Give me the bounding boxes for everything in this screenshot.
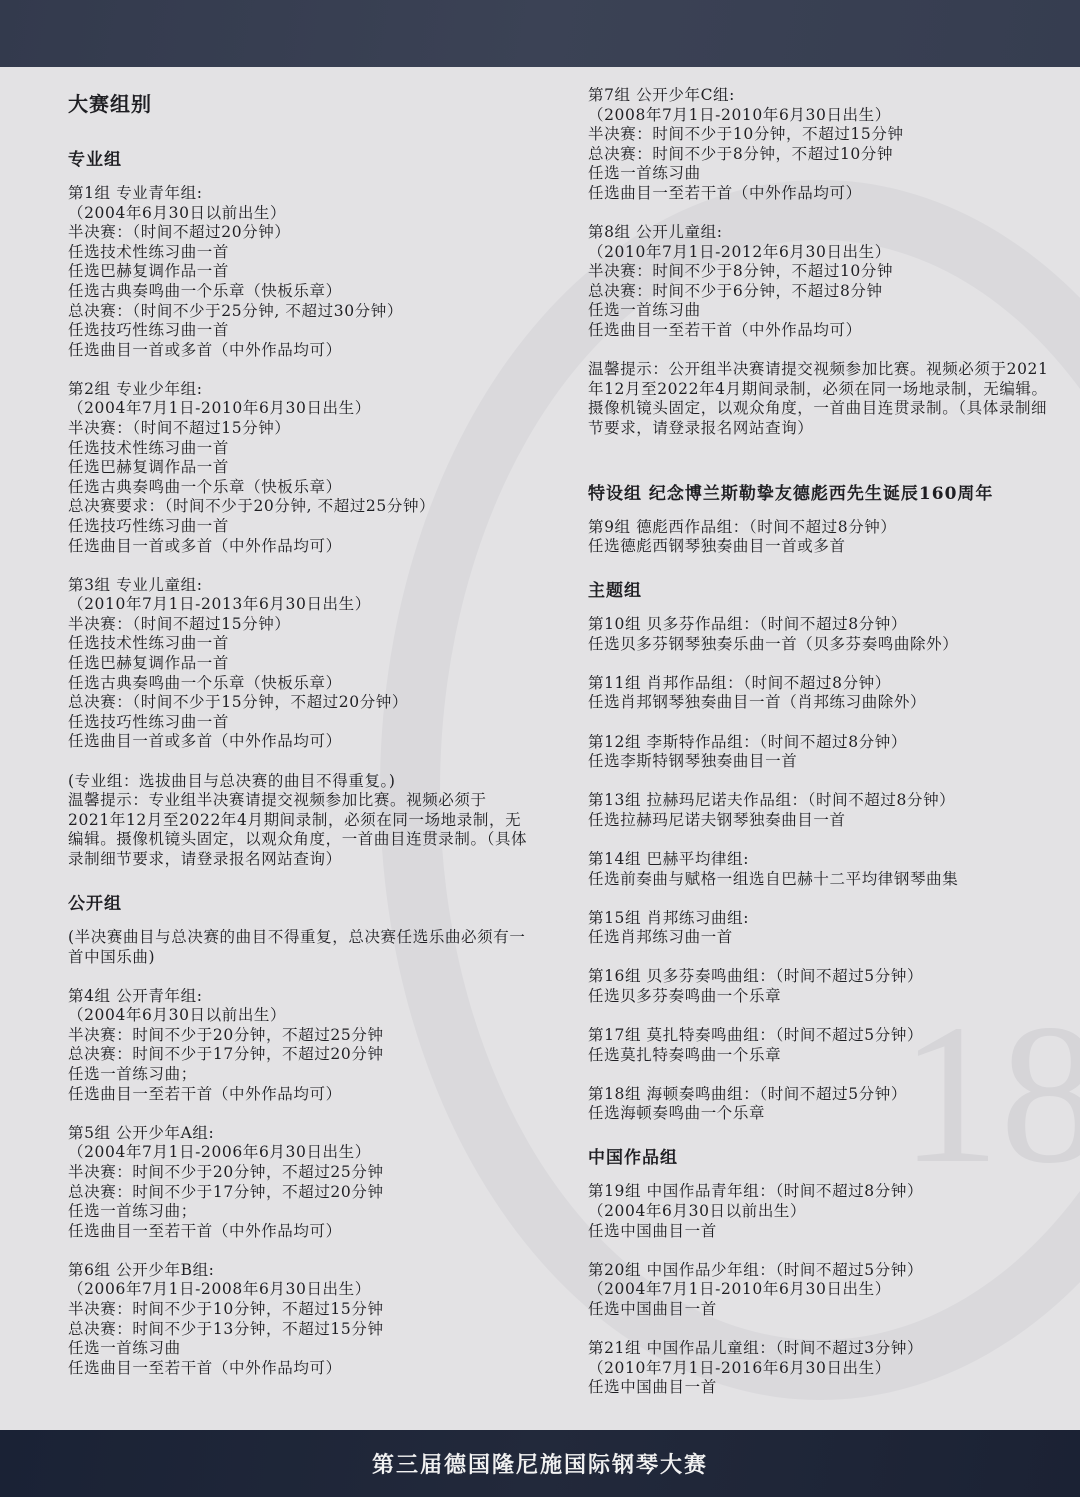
group-title: 第12组 李斯特作品组：（时间不超过8分钟） [588,733,1058,753]
group-detail-line: 半决赛：（时间不超过20分钟） [68,223,528,243]
group-detail-line: 任选曲目一首或多首（中外作品均可） [68,537,528,557]
group-detail-line: 任选曲目一至若干首（中外作品均可） [588,321,1058,341]
group-detail-line: 总决赛要求：（时间不少于20分钟, 不超过25分钟） [68,497,528,517]
page-title: 大赛组别 [68,88,528,117]
group-detail-line: 半决赛：时间不少于20分钟，不超过25分钟 [68,1026,528,1046]
group-11: 第11组 肖邦作品组：（时间不超过8分钟）任选肖邦钢琴独奏曲目一首（肖邦练习曲除… [588,674,1058,713]
group-detail-line: 任选曲目一至若干首（中外作品均可） [588,184,1058,204]
group-detail-line: 任选海顿奏鸣曲一个乐章 [588,1104,1058,1124]
group-detail-line: 任选肖邦钢琴独奏曲目一首（肖邦练习曲除外） [588,693,1058,713]
header-band [0,0,1080,67]
group-detail-line: 任选前奏曲与赋格一组选自巴赫十二平均律钢琴曲集 [588,870,1058,890]
group-15: 第15组 肖邦练习曲组:任选肖邦练习曲一首 [588,909,1058,948]
group-detail-line: 总决赛：时间不少于13分钟，不超过15分钟 [68,1320,528,1340]
group-8: 第8组 公开儿童组:（2010年7月1日-2012年6月30日出生）半决赛：时间… [588,223,1058,341]
group-title: 第16组 贝多芬奏鸣曲组：（时间不超过5分钟） [588,967,1058,987]
group-detail-line: （2004年6月30日以前出生） [68,204,528,224]
group-6: 第6组 公开少年B组:（2006年7月1日-2008年6月30日出生）半决赛：时… [68,1261,528,1379]
group-detail-line: 任选贝多芬钢琴独奏乐曲一首（贝多芬奏鸣曲除外） [588,635,1058,655]
group-detail-line: 任选古典奏鸣曲一个乐章（快板乐章） [68,282,528,302]
group-5: 第5组 公开少年A组:（2004年7月1日-2006年6月30日出生）半决赛：时… [68,1124,528,1242]
group-detail-line: （2008年7月1日-2010年6月30日出生） [588,106,1058,126]
group-title: 第11组 肖邦作品组：（时间不超过8分钟） [588,674,1058,694]
group-detail-line: 任选技巧性练习曲一首 [68,321,528,341]
group-detail-line: 总决赛：时间不少于17分钟，不超过20分钟 [68,1183,528,1203]
group-4: 第4组 公开青年组:（2004年6月30日以前出生）半决赛：时间不少于20分钟，… [68,987,528,1105]
group-detail-line: （2006年7月1日-2008年6月30日出生） [68,1280,528,1300]
group-detail-line: 总决赛：时间不少于6分钟，不超过8分钟 [588,282,1058,302]
group-3: 第3组 专业儿童组:（2010年7月1日-2013年6月30日出生）半决赛：（时… [68,576,528,752]
group-detail-line: 任选曲目一首或多首（中外作品均可） [68,341,528,361]
group-detail-line: 总决赛：时间不少于17分钟，不超过20分钟 [68,1045,528,1065]
group-detail-line: 任选巴赫复调作品一首 [68,458,528,478]
group-detail-line: 总决赛：时间不少于8分钟，不超过10分钟 [588,145,1058,165]
group-title: 第1组 专业青年组: [68,184,528,204]
group-title: 第4组 公开青年组: [68,987,528,1007]
section-heading-theme: 主题组 [588,576,1058,601]
group-17: 第17组 莫扎特奏鸣曲组：（时间不超过5分钟）任选莫扎特奏鸣曲一个乐章 [588,1026,1058,1065]
group-title: 第8组 公开儿童组: [588,223,1058,243]
open-video-tip: 温馨提示：公开组半决赛请提交视频参加比赛。视频必须于2021年12月至2022年… [588,360,1058,438]
group-title: 第5组 公开少年A组: [68,1124,528,1144]
footer-band: 第三届德国隆尼施国际钢琴大赛 [0,1430,1080,1497]
group-detail-line: 任选曲目一首或多首（中外作品均可） [68,732,528,752]
group-detail-line: 半决赛：时间不少于20分钟，不超过25分钟 [68,1163,528,1183]
professional-video-tip: 温馨提示：专业组半决赛请提交视频参加比赛。视频必须于2021年12月至2022年… [68,791,528,869]
professional-notes: (专业组：选拔曲目与总决赛的曲目不得重复。) 温馨提示：专业组半决赛请提交视频参… [68,772,528,870]
group-detail-line: 任选拉赫玛尼诺夫钢琴独奏曲目一首 [588,811,1058,831]
group-detail-line: 任选一首练习曲 [68,1339,528,1359]
group-detail-line: 半决赛：（时间不超过15分钟） [68,419,528,439]
group-title: 第20组 中国作品少年组：（时间不超过5分钟） [588,1261,1058,1281]
group-detail-line: 任选古典奏鸣曲一个乐章（快板乐章） [68,478,528,498]
group-10: 第10组 贝多芬作品组：（时间不超过8分钟）任选贝多芬钢琴独奏乐曲一首（贝多芬奏… [588,615,1058,654]
group-title: 第10组 贝多芬作品组：（时间不超过8分钟） [588,615,1058,635]
group-title: 第2组 专业少年组: [68,380,528,400]
group-detail-line: （2010年7月1日-2016年6月30日出生） [588,1359,1058,1379]
group-title: 第18组 海顿奏鸣曲组：（时间不超过5分钟） [588,1085,1058,1105]
group-detail-line: （2010年7月1日-2012年6月30日出生） [588,243,1058,263]
group-title: 第17组 莫扎特奏鸣曲组：（时间不超过5分钟） [588,1026,1058,1046]
group-detail-line: 任选李斯特钢琴独奏曲目一首 [588,752,1058,772]
section-heading-open: 公开组 [68,889,528,914]
group-detail-line: 任选德彪西钢琴独奏曲目一首或多首 [588,537,1058,557]
group-20: 第20组 中国作品少年组：（时间不超过5分钟）（2004年7月1日-2010年6… [588,1261,1058,1320]
competition-name: 第三届德国隆尼施国际钢琴大赛 [372,1448,708,1479]
group-21: 第21组 中国作品儿童组：（时间不超过3分钟）（2010年7月1日-2016年6… [588,1339,1058,1398]
group-detail-line: 任选一首练习曲； [68,1065,528,1085]
group-detail-line: 半决赛：时间不少于10分钟，不超过15分钟 [588,125,1058,145]
group-title: 第21组 中国作品儿童组：（时间不超过3分钟） [588,1339,1058,1359]
group-detail-line: （2004年7月1日-2010年6月30日出生） [68,399,528,419]
group-detail-line: （2004年6月30日以前出生） [68,1006,528,1026]
group-detail-line: 任选中国曲目一首 [588,1222,1058,1242]
group-detail-line: 任选技巧性练习曲一首 [68,517,528,537]
group-detail-line: （2004年6月30日以前出生） [588,1202,1058,1222]
group-detail-line: 任选曲目一至若干首（中外作品均可） [68,1085,528,1105]
group-detail-line: 任选中国曲目一首 [588,1300,1058,1320]
group-detail-line: 任选肖邦练习曲一首 [588,928,1058,948]
group-detail-line: 总决赛：（时间不少于25分钟, 不超过30分钟） [68,302,528,322]
section-heading-professional: 专业组 [68,145,528,170]
group-detail-line: 任选一首练习曲 [588,301,1058,321]
group-detail-line: 半决赛：（时间不超过15分钟） [68,615,528,635]
group-detail-line: （2004年7月1日-2006年6月30日出生） [68,1143,528,1163]
group-detail-line: 任选曲目一至若干首（中外作品均可） [68,1359,528,1379]
group-detail-line: 任选巴赫复调作品一首 [68,262,528,282]
group-detail-line: 总决赛：（时间不少于15分钟，不超过20分钟） [68,693,528,713]
group-detail-line: 任选一首练习曲 [588,164,1058,184]
group-title: 第9组 德彪西作品组：（时间不超过8分钟） [588,518,1058,538]
group-detail-line: 任选技巧性练习曲一首 [68,713,528,733]
group-detail-line: 任选贝多芬奏鸣曲一个乐章 [588,987,1058,1007]
group-title: 第3组 专业儿童组: [68,576,528,596]
open-note: (半决赛曲目与总决赛的曲目不得重复，总决赛任选乐曲必须有一首中国乐曲) [68,928,528,967]
group-9: 第9组 德彪西作品组：（时间不超过8分钟）任选德彪西钢琴独奏曲目一首或多首 [588,518,1058,557]
group-title: 第19组 中国作品青年组：（时间不超过8分钟） [588,1182,1058,1202]
group-13: 第13组 拉赫玛尼诺夫作品组：（时间不超过8分钟）任选拉赫玛尼诺夫钢琴独奏曲目一… [588,791,1058,830]
group-detail-line: 任选古典奏鸣曲一个乐章（快板乐章） [68,674,528,694]
section-heading-chinese: 中国作品组 [588,1143,1058,1168]
group-detail-line: 任选曲目一至若干首（中外作品均可） [68,1222,528,1242]
group-detail-line: 任选一首练习曲； [68,1202,528,1222]
group-detail-line: （2010年7月1日-2013年6月30日出生） [68,595,528,615]
group-12: 第12组 李斯特作品组：（时间不超过8分钟）任选李斯特钢琴独奏曲目一首 [588,733,1058,772]
group-detail-line: 任选技术性练习曲一首 [68,243,528,263]
professional-note-repeat: (专业组：选拔曲目与总决赛的曲目不得重复。) [68,772,528,792]
group-detail-line: 任选莫扎特奏鸣曲一个乐章 [588,1046,1058,1066]
group-title: 第6组 公开少年B组: [68,1261,528,1281]
group-18: 第18组 海顿奏鸣曲组：（时间不超过5分钟）任选海顿奏鸣曲一个乐章 [588,1085,1058,1124]
group-detail-line: 半决赛：时间不少于10分钟，不超过15分钟 [68,1300,528,1320]
group-detail-line: 任选技术性练习曲一首 [68,439,528,459]
right-column: 第7组 公开少年C组:（2008年7月1日-2010年6月30日出生）半决赛：时… [588,86,1058,1417]
group-detail-line: 任选巴赫复调作品一首 [68,654,528,674]
group-16: 第16组 贝多芬奏鸣曲组：（时间不超过5分钟）任选贝多芬奏鸣曲一个乐章 [588,967,1058,1006]
left-column: 大赛组别 专业组 第1组 专业青年组:（2004年6月30日以前出生）半决赛：（… [68,80,528,1398]
group-detail-line: 半决赛：时间不少于8分钟，不超过10分钟 [588,262,1058,282]
group-detail-line: 任选中国曲目一首 [588,1378,1058,1398]
section-heading-special: 特设组 纪念博兰斯勒挚友德彪西先生诞辰160周年 [588,479,1058,504]
group-detail-line: 任选技术性练习曲一首 [68,634,528,654]
group-1: 第1组 专业青年组:（2004年6月30日以前出生）半决赛：（时间不超过20分钟… [68,184,528,360]
group-19: 第19组 中国作品青年组：（时间不超过8分钟）（2004年6月30日以前出生）任… [588,1182,1058,1241]
group-title: 第13组 拉赫玛尼诺夫作品组：（时间不超过8分钟） [588,791,1058,811]
group-14: 第14组 巴赫平均律组:任选前奏曲与赋格一组选自巴赫十二平均律钢琴曲集 [588,850,1058,889]
group-title: 第15组 肖邦练习曲组: [588,909,1058,929]
group-detail-line: （2004年7月1日-2010年6月30日出生） [588,1280,1058,1300]
group-title: 第14组 巴赫平均律组: [588,850,1058,870]
group-2: 第2组 专业少年组:（2004年7月1日-2010年6月30日出生）半决赛：（时… [68,380,528,556]
group-title: 第7组 公开少年C组: [588,86,1058,106]
group-7: 第7组 公开少年C组:（2008年7月1日-2010年6月30日出生）半决赛：时… [588,86,1058,204]
